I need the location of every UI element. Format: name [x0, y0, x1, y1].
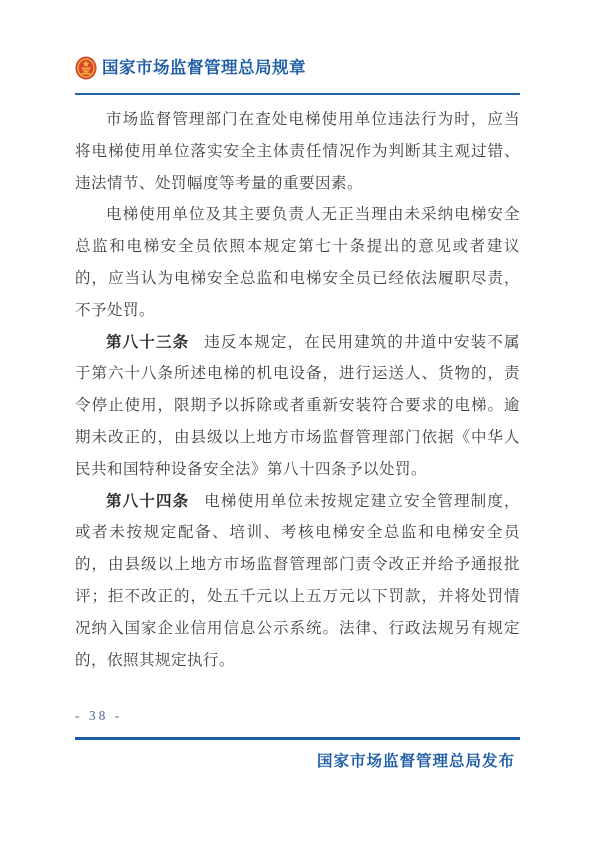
document-header-title: 国家市场监督管理总局规章 — [102, 56, 306, 80]
body-paragraph-3: 第八十三条违反本规定，在民用建筑的井道中安装不属于第六十八条所述电梯的机电设备，… — [75, 327, 520, 486]
document-body: 市场监督管理部门在查处电梯使用单位违法行为时，应当将电梯使用单位落实安全主体责任… — [75, 104, 520, 676]
document-header: 国家市场监督管理总局规章 — [75, 56, 520, 95]
document-page: 国家市场监督管理总局规章 市场监督管理部门在查处电梯使用单位违法行为时，应当将电… — [0, 0, 595, 842]
body-paragraph-4: 第八十四条电梯使用单位未按规定建立安全管理制度，或者未按规定配备、培训、考核电梯… — [75, 486, 520, 677]
publisher-label: 国家市场监督管理总局发布 — [317, 751, 515, 773]
china-national-emblem-icon — [75, 56, 97, 80]
body-paragraph-2: 电梯使用单位及其主要负责人无正当理由未采纳电梯安全总监和电梯安全员依照本规定第七… — [75, 199, 520, 326]
paragraph-text: 市场监督管理部门在查处电梯使用单位违法行为时，应当将电梯使用单位落实安全主体责任… — [75, 111, 520, 192]
page-number: - 38 - — [75, 706, 122, 726]
paragraph-text: 违反本规定，在民用建筑的井道中安装不属于第六十八条所述电梯的机电设备，进行运送人… — [75, 334, 520, 478]
article-number-84: 第八十四条 — [106, 493, 189, 510]
body-paragraph-1: 市场监督管理部门在查处电梯使用单位违法行为时，应当将电梯使用单位落实安全主体责任… — [75, 104, 520, 199]
paragraph-text: 电梯使用单位未按规定建立安全管理制度，或者未按规定配备、培训、考核电梯安全总监和… — [75, 493, 520, 669]
article-number-83: 第八十三条 — [106, 334, 189, 351]
footer-divider — [75, 737, 520, 740]
paragraph-text: 电梯使用单位及其主要负责人无正当理由未采纳电梯安全总监和电梯安全员依照本规定第七… — [75, 206, 520, 318]
